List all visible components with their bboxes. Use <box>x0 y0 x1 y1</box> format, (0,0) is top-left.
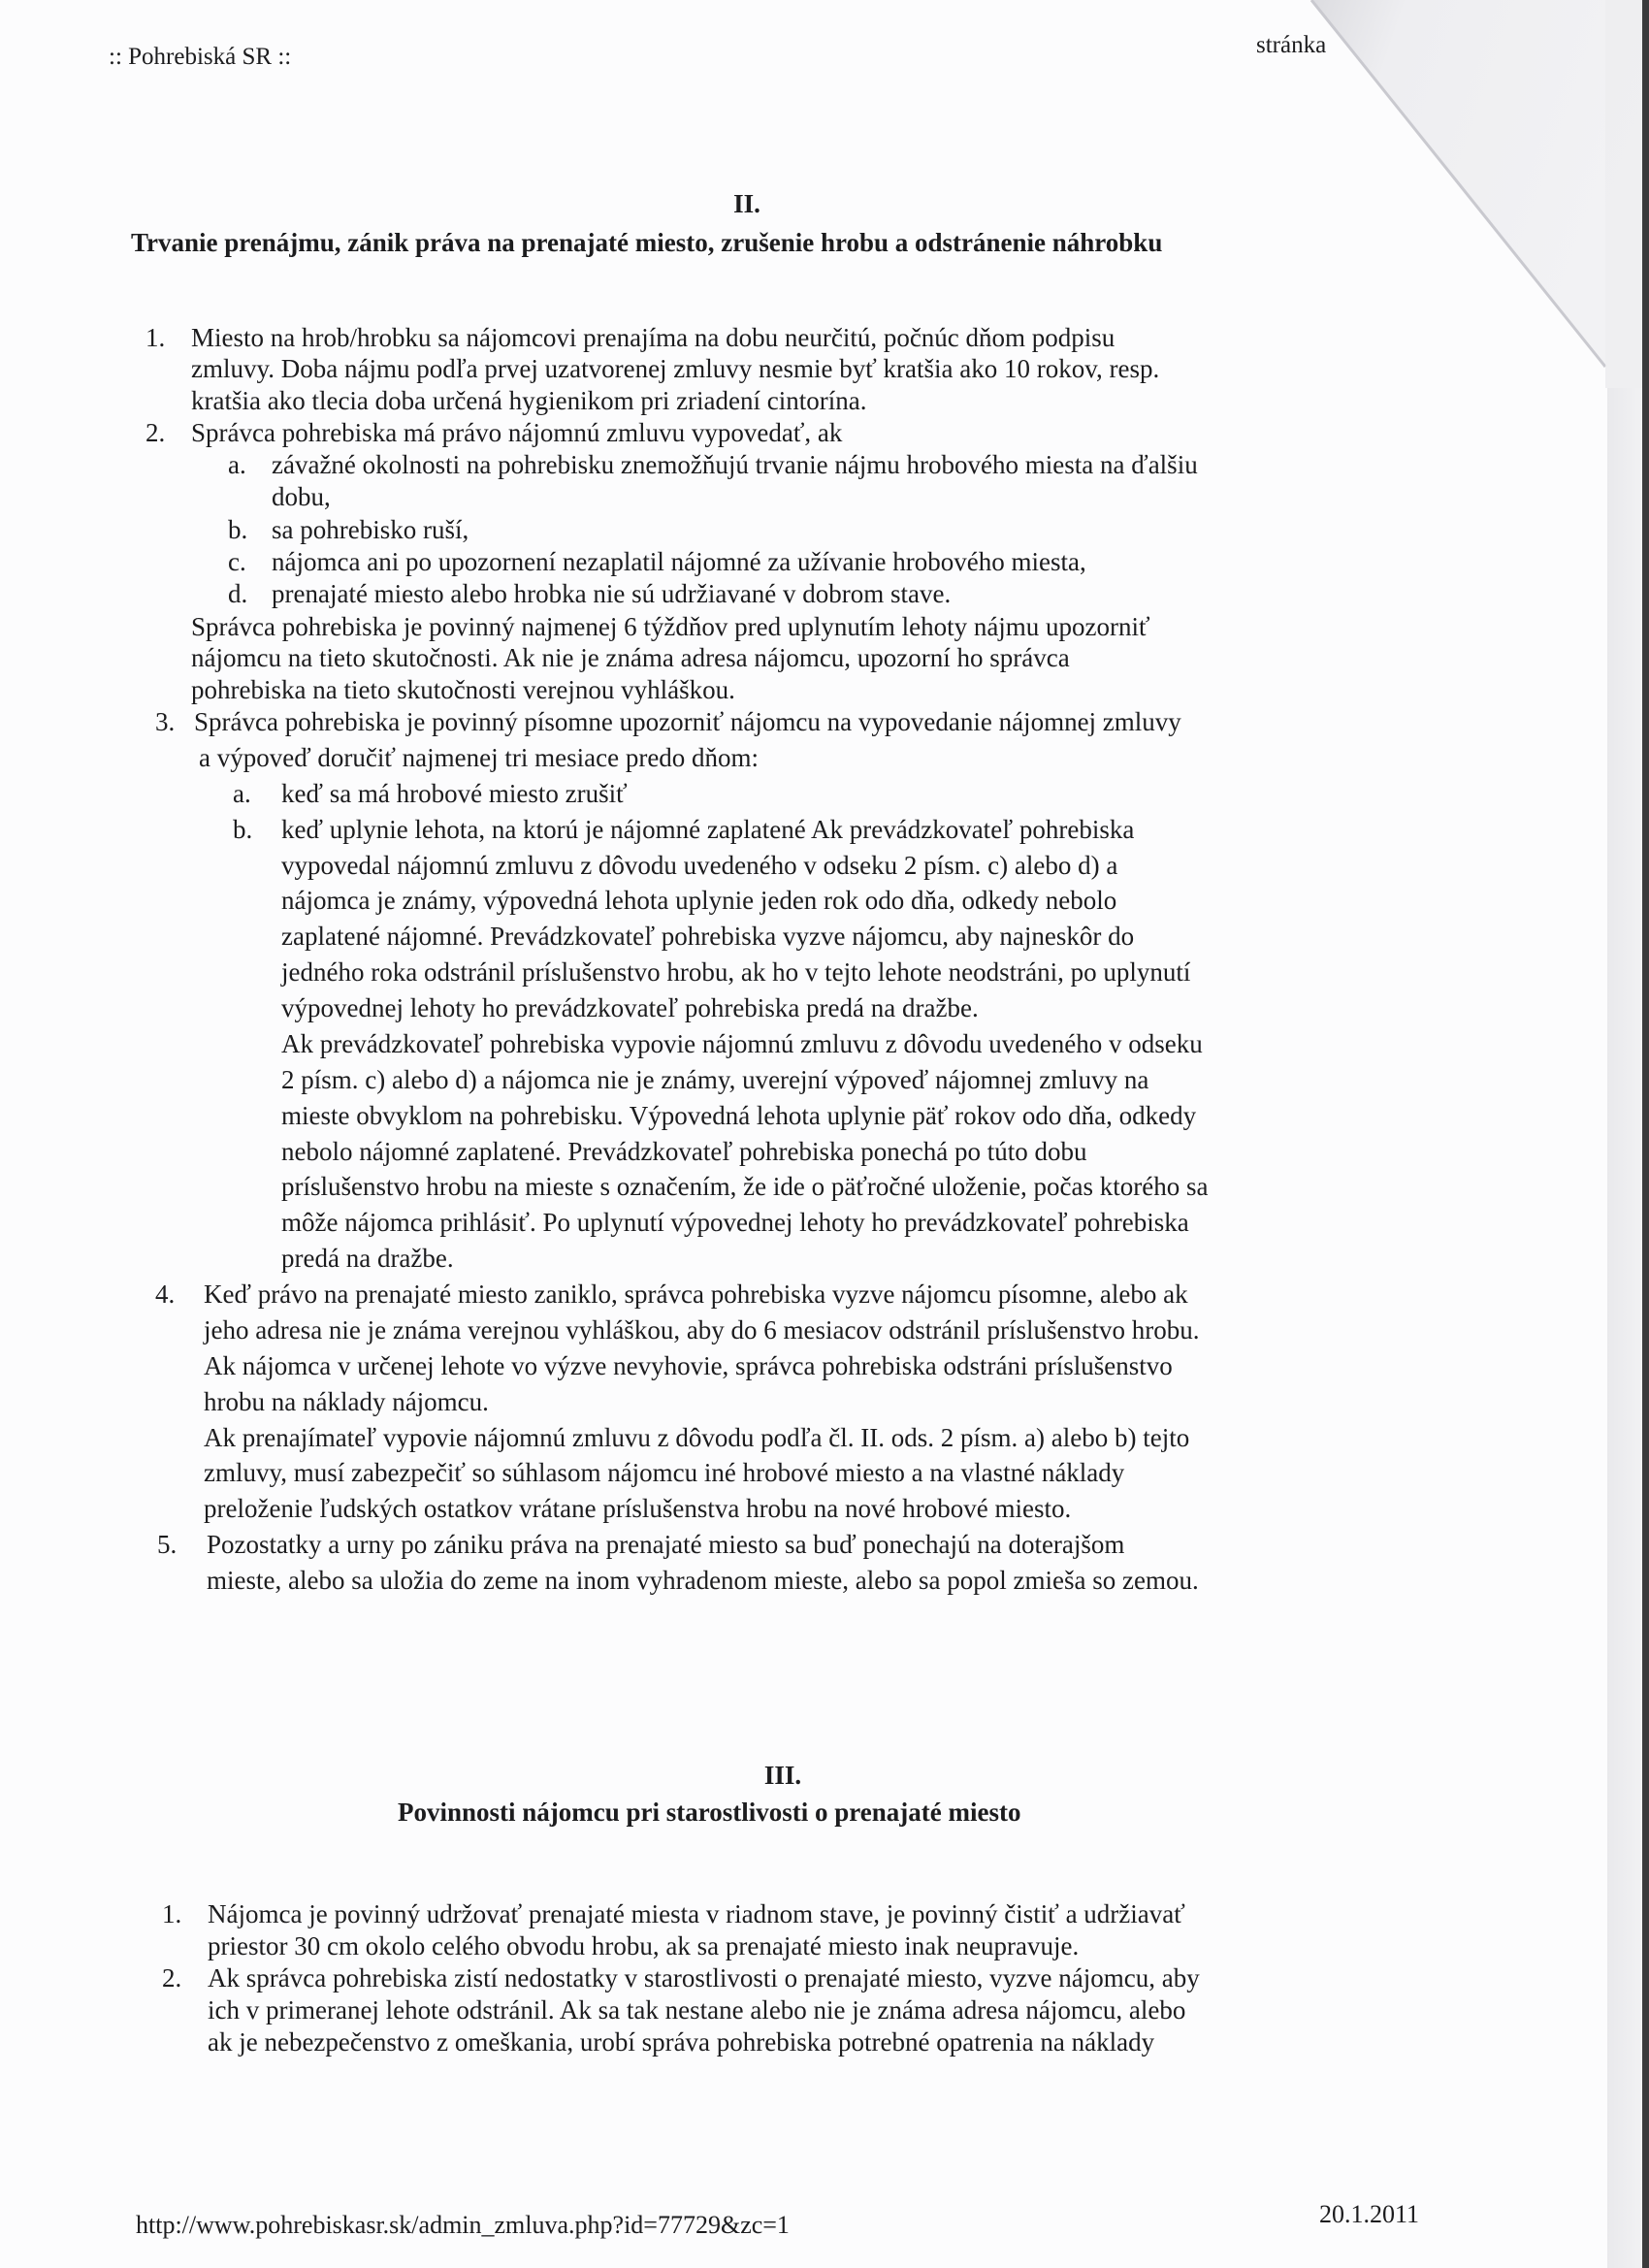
list-text: priestor 30 cm okolo celého obvodu hrobu… <box>208 1930 1079 1962</box>
list-text: nájomca je známy, výpovedná lehota uplyn… <box>281 885 1116 917</box>
list-text: nájomcu na tieto skutočnosti. Ak nie je … <box>191 642 1070 674</box>
header-page-label: stránka <box>1256 29 1326 61</box>
list-marker: a. <box>233 778 251 810</box>
list-text: Ak správca pohrebiska zistí nedostatky v… <box>208 1962 1200 1994</box>
list-text: môže nájomca prihlásiť. Po uplynutí výpo… <box>281 1207 1189 1239</box>
list-text: pohrebiska na tieto skutočnosti verejnou… <box>191 674 735 706</box>
list-text: výpovednej lehoty ho prevádzkovateľ pohr… <box>281 992 979 1024</box>
list-marker: 2. <box>162 1962 181 1994</box>
list-text: nebolo nájomné zaplatené. Prevádzkovateľ… <box>281 1136 1086 1168</box>
list-text: kratšia ako tlecia doba určená hygieniko… <box>191 385 866 417</box>
scanner-margin <box>1607 0 1642 2268</box>
list-text: vypovedal nájomnú zmluvu z dôvodu uveden… <box>281 850 1117 882</box>
list-text: Ak nájomca v určenej lehote vo výzve nev… <box>204 1350 1173 1382</box>
list-text: ich v primeranej lehote odstránil. Ak sa… <box>208 1994 1185 2026</box>
section-2-title: Trvanie prenájmu, zánik práva na prenaja… <box>131 227 1162 259</box>
list-text: jedného roka odstránil príslušenstvo hro… <box>281 956 1190 988</box>
list-marker: 1. <box>145 322 165 354</box>
list-text: Pozostatky a urny po zániku práva na pre… <box>207 1529 1124 1561</box>
section-3-number: III. <box>0 1760 1566 1792</box>
list-text: preloženie ľudských ostatkov vrátane prí… <box>204 1493 1071 1525</box>
list-text: dobu, <box>272 481 331 513</box>
list-text: prenajaté miesto alebo hrobka nie sú udr… <box>272 578 951 610</box>
list-text: Keď právo na prenajaté miesto zaniklo, s… <box>204 1279 1188 1311</box>
list-text: 2 písm. c) alebo d) a nájomca nie je zná… <box>281 1064 1148 1096</box>
section-2-number: II. <box>0 188 1494 220</box>
list-text: Nájomca je povinný udržovať prenajaté mi… <box>208 1898 1185 1930</box>
list-text: Správca pohrebiska je povinný písomne up… <box>194 706 1181 738</box>
list-marker: b. <box>233 814 252 846</box>
list-text: príslušenstvo hrobu na mieste s označení… <box>281 1171 1208 1203</box>
list-marker: b. <box>228 514 247 546</box>
list-text: nájomca ani po upozornení nezaplatil náj… <box>272 546 1086 578</box>
list-text: závažné okolnosti na pohrebisku znemožňu… <box>272 449 1198 481</box>
list-marker: 3. <box>155 706 175 738</box>
list-text: zmluvy. Doba nájmu podľa prvej uzatvoren… <box>191 353 1159 385</box>
list-marker: 4. <box>155 1279 175 1311</box>
list-marker: 5. <box>157 1529 177 1561</box>
header-site-name: :: Pohrebiská SR :: <box>109 41 291 73</box>
list-text: Ak prevádzkovateľ pohrebiska vypovie náj… <box>281 1028 1203 1060</box>
section-3-title: Povinnosti nájomcu pri starostlivosti o … <box>398 1797 1020 1829</box>
list-text: zmluvy, musí zabezpečiť so súhlasom nájo… <box>204 1457 1124 1489</box>
list-marker: c. <box>228 546 246 578</box>
list-text: mieste obvyklom na pohrebisku. Výpovedná… <box>281 1100 1196 1132</box>
footer-url[interactable]: http://www.pohrebiskasr.sk/admin_zmluva.… <box>136 2209 790 2241</box>
list-marker: a. <box>228 449 246 481</box>
list-text: sa pohrebisko ruší, <box>272 514 469 546</box>
footer-date: 20.1.2011 <box>1319 2198 1419 2230</box>
list-text: keď uplynie lehota, na ktorú je nájomné … <box>281 814 1134 846</box>
list-text: Správca pohrebiska je povinný najmenej 6… <box>191 611 1150 643</box>
list-marker: 1. <box>162 1898 181 1930</box>
list-marker: 2. <box>145 417 165 449</box>
list-text: keď sa má hrobové miesto zrušiť <box>281 778 628 810</box>
list-text: ak je nebezpečenstvo z omeškania, urobí … <box>208 2026 1154 2058</box>
list-text: predá na dražbe. <box>281 1243 454 1275</box>
scanner-edge <box>1642 0 1649 2268</box>
list-text: Miesto na hrob/hrobku sa nájomcovi prena… <box>191 322 1115 354</box>
list-marker: d. <box>228 578 247 610</box>
list-text: Správca pohrebiska má právo nájomnú zmlu… <box>191 417 842 449</box>
list-text: hrobu na náklady nájomcu. <box>204 1386 489 1418</box>
list-text: jeho adresa nie je známa verejnou vyhláš… <box>204 1314 1200 1346</box>
list-text: zaplatené nájomné. Prevádzkovateľ pohreb… <box>281 921 1134 953</box>
list-text: mieste, alebo sa uložia do zeme na inom … <box>207 1565 1199 1597</box>
list-text: a výpoveď doručiť najmenej tri mesiace p… <box>199 742 759 774</box>
list-text: Ak prenajímateľ vypovie nájomnú zmluvu z… <box>204 1422 1189 1454</box>
